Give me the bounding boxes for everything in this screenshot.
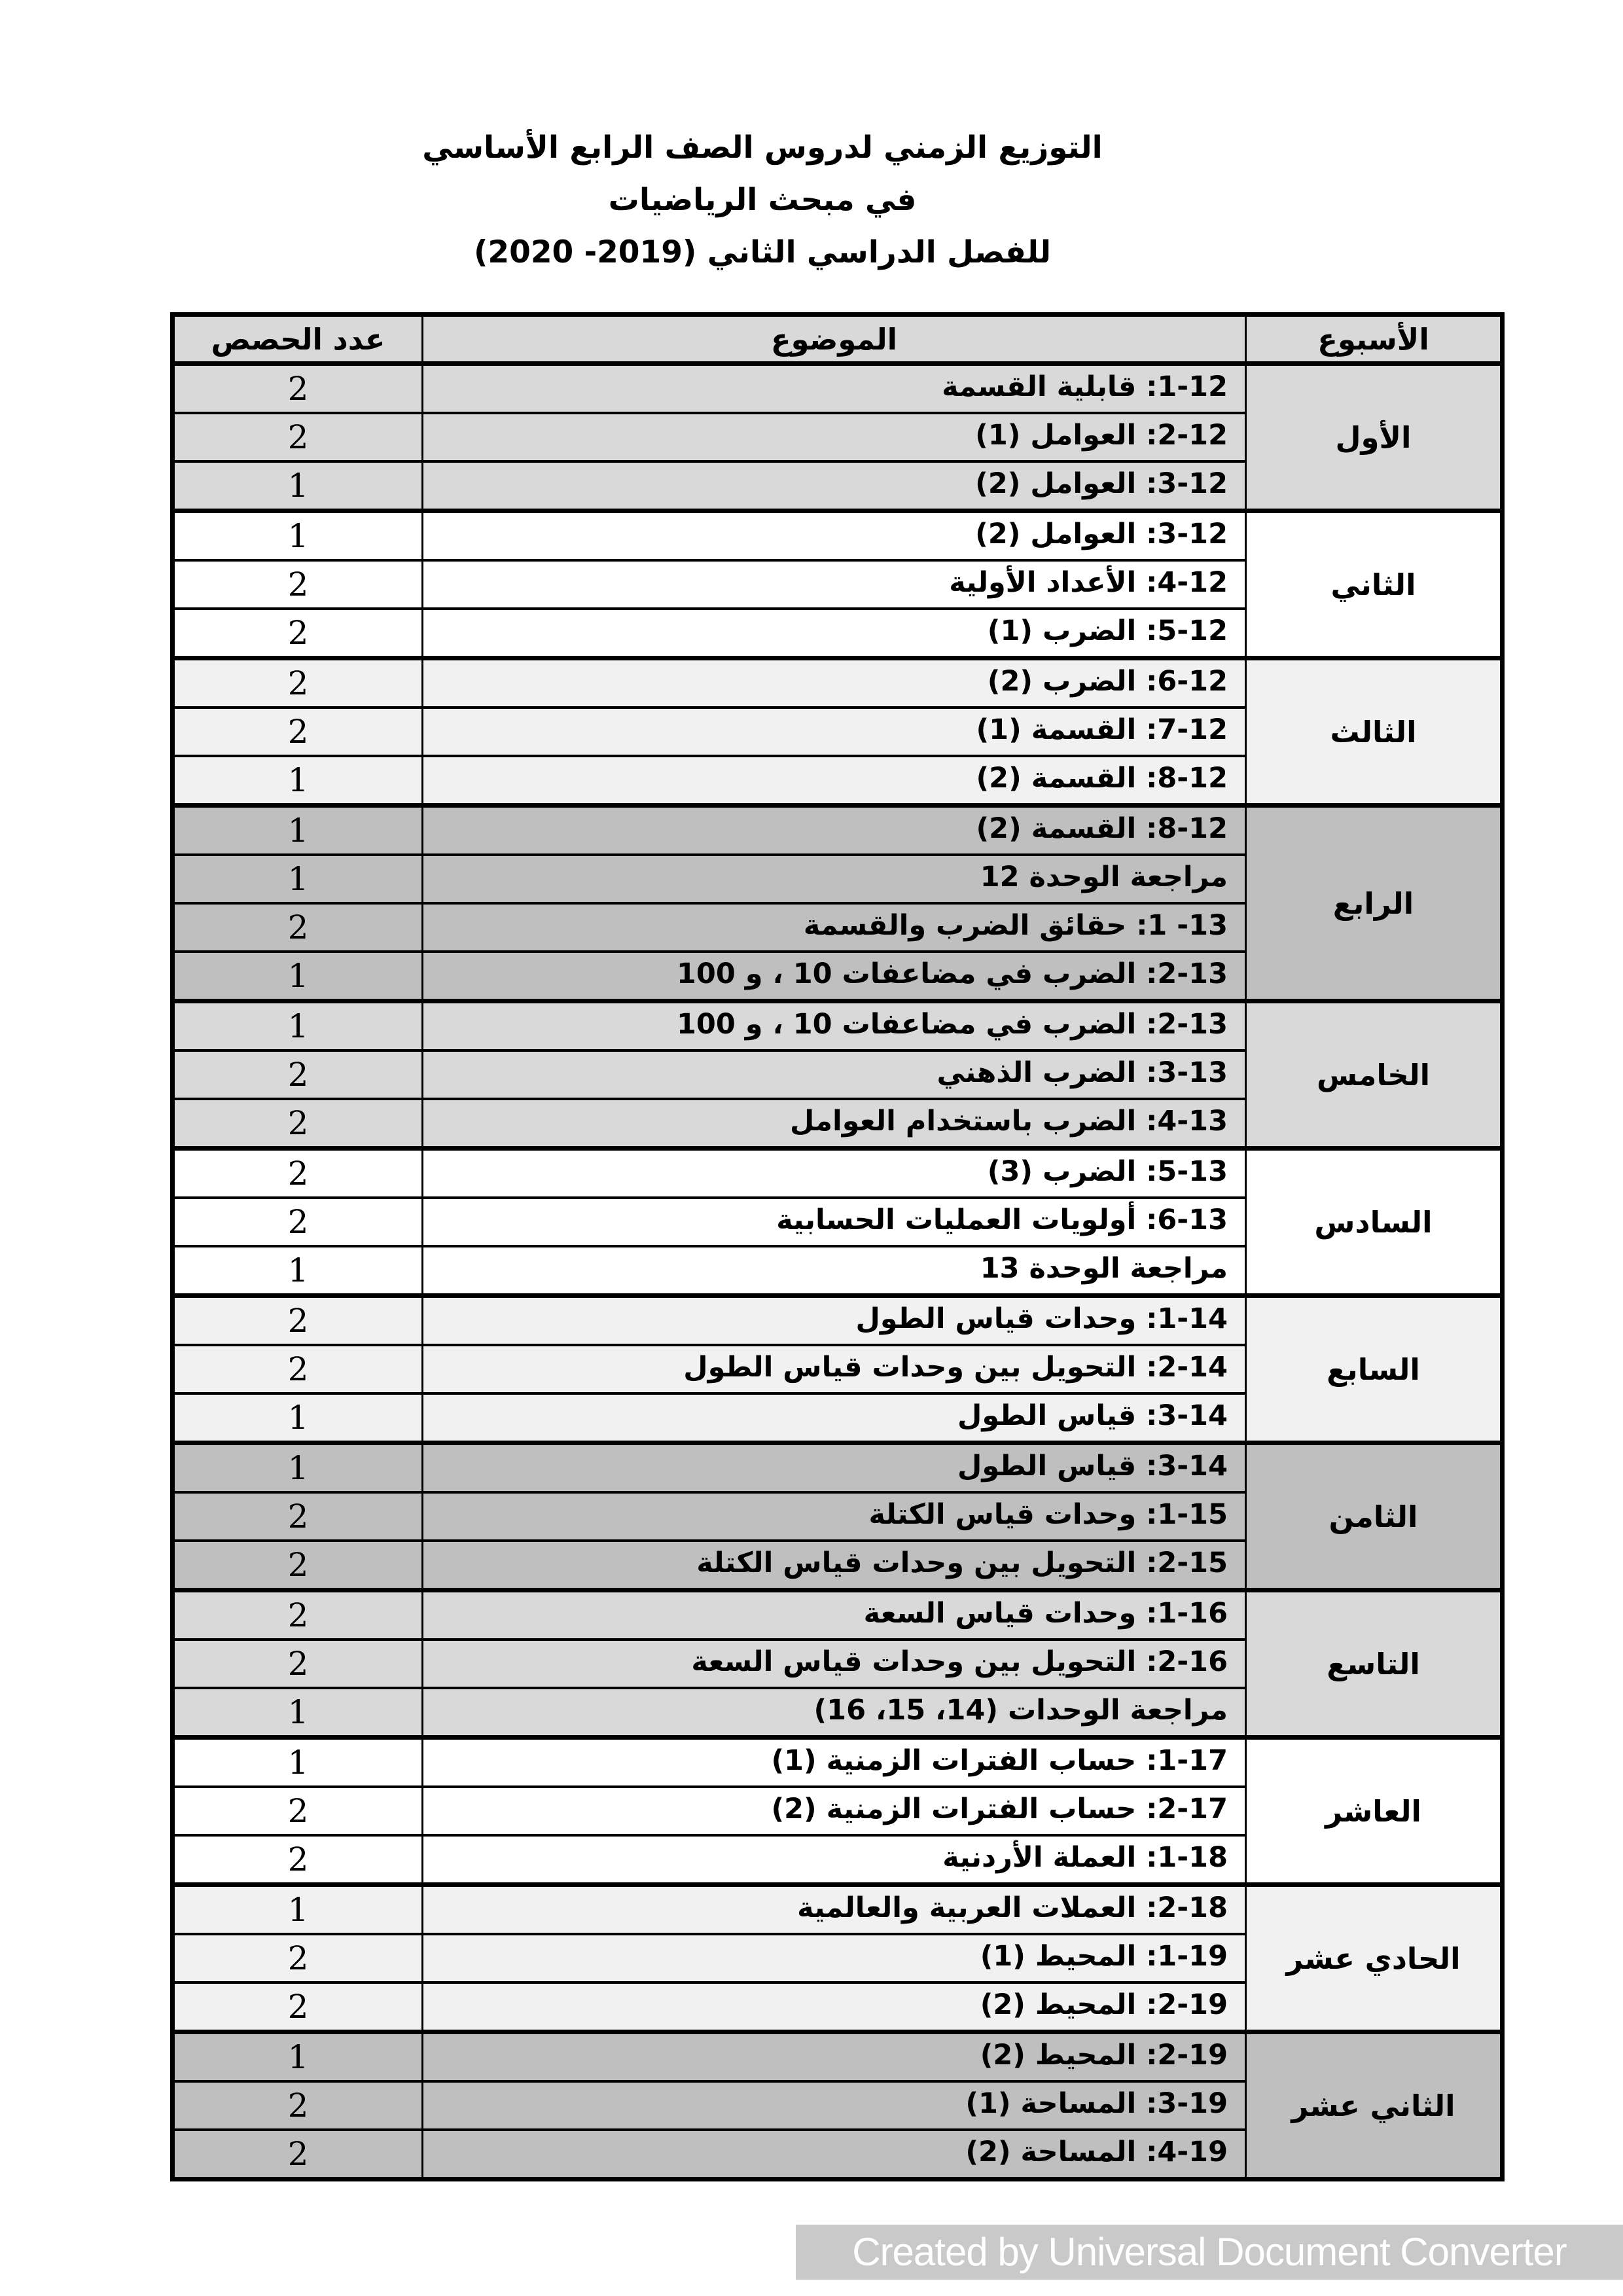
count-cell: 1 xyxy=(173,1001,423,1051)
table-row: العاشر1-17: حساب الفترات الزمنية (1)1 xyxy=(173,1738,1503,1787)
topic-cell: 3-14: قياس الطول xyxy=(423,1443,1246,1493)
table-row: الأول1-12: قابلية القسمة2 xyxy=(173,364,1503,414)
topic-cell: 5-13: الضرب (3) xyxy=(423,1149,1246,1198)
table-row: التاسع1-16: وحدات قياس السعة2 xyxy=(173,1590,1503,1640)
topic-cell: 1-15: وحدات قياس الكتلة xyxy=(423,1492,1246,1541)
topic-column-header: الموضوع xyxy=(423,315,1246,364)
count-cell: 2 xyxy=(173,1541,423,1590)
table-header-row: الأسبوعالموضوععدد الحصص xyxy=(173,315,1503,364)
topic-cell: 4-19: المساحة (2) xyxy=(423,2130,1246,2179)
topic-cell: 2-18: العملات العربية والعالمية xyxy=(423,1885,1246,1935)
topic-cell: 2-17: حساب الفترات الزمنية (2) xyxy=(423,1787,1246,1835)
topic-cell: 6-12: الضرب (2) xyxy=(423,658,1246,708)
topic-cell: 3-12: العوامل (2) xyxy=(423,461,1246,511)
count-cell: 1 xyxy=(173,1688,423,1738)
title-line-1: التوزيع الزمني لدروس الصف الرابع الأساسي xyxy=(0,122,1525,174)
count-cell: 2 xyxy=(173,1590,423,1640)
count-cell: 2 xyxy=(173,1934,423,1982)
count-cell: 1 xyxy=(173,2032,423,2082)
count-cell: 2 xyxy=(173,1982,423,2032)
topic-cell: 4-13: الضرب باستخدام العوامل xyxy=(423,1099,1246,1149)
count-cell: 2 xyxy=(173,1149,423,1198)
document-page: التوزيع الزمني لدروس الصف الرابع الأساسي… xyxy=(0,0,1623,2296)
count-cell: 2 xyxy=(173,560,423,609)
count-cell: 2 xyxy=(173,1835,423,1885)
table-row: الرابع8-12: القسمة (2)1 xyxy=(173,806,1503,855)
watermark-banner: Created by Universal Document Converter xyxy=(796,2225,1623,2280)
topic-cell: مراجعة الوحدة 12 xyxy=(423,855,1246,903)
week-cell: الثاني عشر xyxy=(1246,2032,1503,2179)
count-cell: 2 xyxy=(173,708,423,756)
table-row: الثامن3-14: قياس الطول1 xyxy=(173,1443,1503,1493)
document-title: التوزيع الزمني لدروس الصف الرابع الأساسي… xyxy=(0,122,1525,279)
topic-cell: 13- 1: حقائق الضرب والقسمة xyxy=(423,903,1246,952)
topic-cell: 8-12: القسمة (2) xyxy=(423,806,1246,855)
count-cell: 2 xyxy=(173,2130,423,2179)
count-cell: 1 xyxy=(173,461,423,511)
topic-cell: 3-13: الضرب الذهني xyxy=(423,1050,1246,1099)
topic-cell: 1-19: المحيط (1) xyxy=(423,1934,1246,1982)
table-row: الحادي عشر2-18: العملات العربية والعالمي… xyxy=(173,1885,1503,1935)
count-cell: 1 xyxy=(173,1393,423,1443)
topic-cell: 2-15: التحويل بين وحدات قياس الكتلة xyxy=(423,1541,1246,1590)
count-cell: 2 xyxy=(173,1492,423,1541)
topic-cell: 2-13: الضرب في مضاعفات 10 ، و 100 xyxy=(423,952,1246,1001)
week-cell: التاسع xyxy=(1246,1590,1503,1738)
count-cell: 2 xyxy=(173,1640,423,1688)
count-column-header: عدد الحصص xyxy=(173,315,423,364)
count-cell: 1 xyxy=(173,806,423,855)
count-cell: 1 xyxy=(173,756,423,806)
topic-cell: 3-14: قياس الطول xyxy=(423,1393,1246,1443)
count-cell: 2 xyxy=(173,2081,423,2130)
table-row: السادس5-13: الضرب (3)2 xyxy=(173,1149,1503,1198)
topic-cell: 8-12: القسمة (2) xyxy=(423,756,1246,806)
topic-cell: 2-12: العوامل (1) xyxy=(423,413,1246,461)
count-cell: 1 xyxy=(173,1246,423,1296)
count-cell: 2 xyxy=(173,609,423,658)
count-cell: 2 xyxy=(173,1198,423,1246)
topic-cell: 2-14: التحويل بين وحدات قياس الطول xyxy=(423,1345,1246,1393)
week-cell: الثامن xyxy=(1246,1443,1503,1590)
week-cell: الخامس xyxy=(1246,1001,1503,1149)
count-cell: 2 xyxy=(173,658,423,708)
week-cell: الحادي عشر xyxy=(1246,1885,1503,2032)
week-cell: السادس xyxy=(1246,1149,1503,1296)
count-cell: 2 xyxy=(173,413,423,461)
title-line-3: للفصل الدراسي الثاني (2019- 2020) xyxy=(0,226,1525,279)
topic-cell: 5-12: الضرب (1) xyxy=(423,609,1246,658)
week-cell: السابع xyxy=(1246,1296,1503,1443)
title-line-2: في مبحث الرياضيات xyxy=(0,174,1525,226)
topic-cell: مراجعة الوحدات (14، 15، 16) xyxy=(423,1688,1246,1738)
week-cell: الثالث xyxy=(1246,658,1503,806)
topic-cell: 1-14: وحدات قياس الطول xyxy=(423,1296,1246,1346)
count-cell: 1 xyxy=(173,1738,423,1787)
topic-cell: 2-19: المحيط (2) xyxy=(423,1982,1246,2032)
table-row: الثاني3-12: العوامل (2)1 xyxy=(173,511,1503,561)
table-row: الثالث6-12: الضرب (2)2 xyxy=(173,658,1503,708)
topic-cell: 3-12: العوامل (2) xyxy=(423,511,1246,561)
count-cell: 2 xyxy=(173,1787,423,1835)
topic-cell: 2-19: المحيط (2) xyxy=(423,2032,1246,2082)
week-column-header: الأسبوع xyxy=(1246,315,1503,364)
table-body: الأول1-12: قابلية القسمة22-12: العوامل (… xyxy=(173,364,1503,2179)
count-cell: 2 xyxy=(173,1099,423,1149)
topic-cell: 4-12: الأعداد الأولية xyxy=(423,560,1246,609)
count-cell: 1 xyxy=(173,952,423,1001)
week-cell: العاشر xyxy=(1246,1738,1503,1885)
count-cell: 2 xyxy=(173,903,423,952)
count-cell: 1 xyxy=(173,855,423,903)
topic-cell: 1-17: حساب الفترات الزمنية (1) xyxy=(423,1738,1246,1787)
count-cell: 2 xyxy=(173,364,423,414)
count-cell: 2 xyxy=(173,1296,423,1346)
topic-cell: 2-13: الضرب في مضاعفات 10 ، و 100 xyxy=(423,1001,1246,1051)
schedule-table: الأسبوعالموضوععدد الحصص الأول1-12: قابلي… xyxy=(170,312,1505,2181)
count-cell: 1 xyxy=(173,511,423,561)
count-cell: 1 xyxy=(173,1443,423,1493)
count-cell: 2 xyxy=(173,1050,423,1099)
topic-cell: 1-16: وحدات قياس السعة xyxy=(423,1590,1246,1640)
count-cell: 2 xyxy=(173,1345,423,1393)
table-row: السابع1-14: وحدات قياس الطول2 xyxy=(173,1296,1503,1346)
topic-cell: مراجعة الوحدة 13 xyxy=(423,1246,1246,1296)
topic-cell: 1-18: العملة الأردنية xyxy=(423,1835,1246,1885)
count-cell: 1 xyxy=(173,1885,423,1935)
week-cell: الثاني xyxy=(1246,511,1503,658)
topic-cell: 7-12: القسمة (1) xyxy=(423,708,1246,756)
topic-cell: 3-19: المساحة (1) xyxy=(423,2081,1246,2130)
table-row: الثاني عشر2-19: المحيط (2)1 xyxy=(173,2032,1503,2082)
week-cell: الأول xyxy=(1246,364,1503,511)
week-cell: الرابع xyxy=(1246,806,1503,1001)
topic-cell: 2-16: التحويل بين وحدات قياس السعة xyxy=(423,1640,1246,1688)
table-row: الخامس2-13: الضرب في مضاعفات 10 ، و 1001 xyxy=(173,1001,1503,1051)
topic-cell: 1-12: قابلية القسمة xyxy=(423,364,1246,414)
topic-cell: 6-13: أولويات العمليات الحسابية xyxy=(423,1198,1246,1246)
